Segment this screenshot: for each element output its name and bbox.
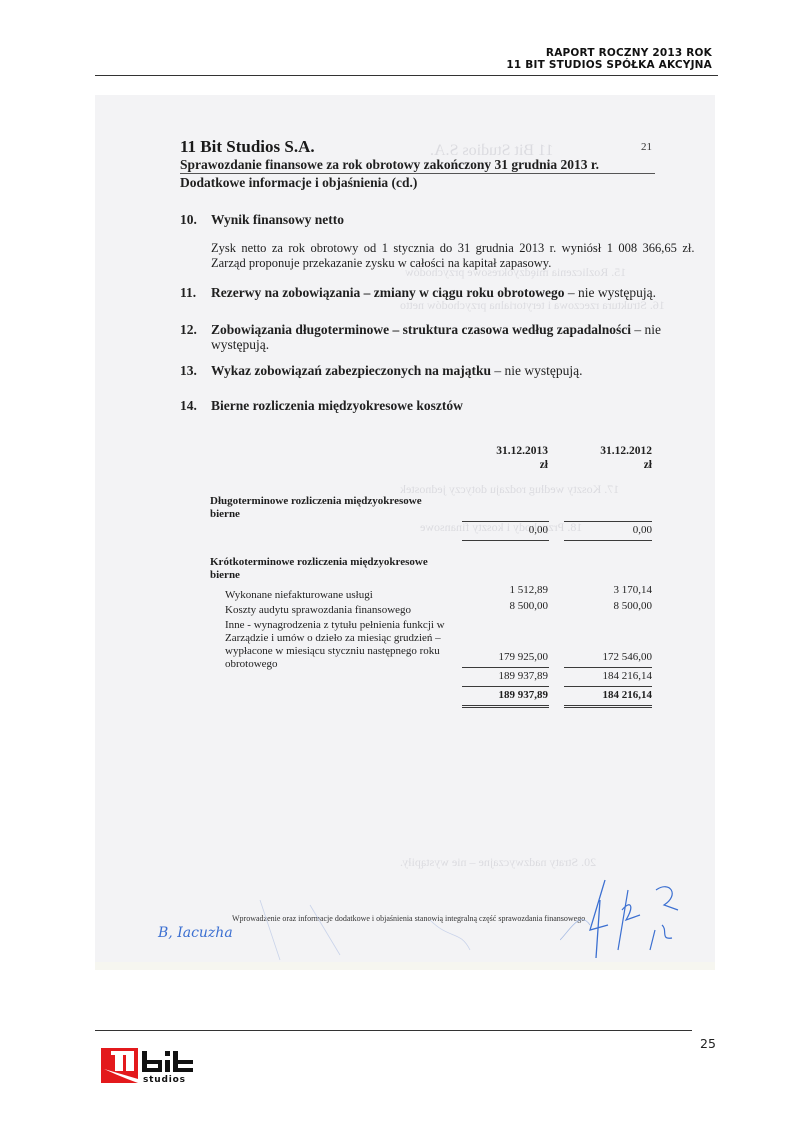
subtotal-2012: 184 216,14 [564,670,652,682]
company-heading: 11 Bit Studios S.A. [180,137,315,157]
signature-scribbles [560,870,710,960]
section-12-continuation: występują. [211,337,269,353]
company-name: 11 BIT STUDIOS SPÓŁKA AKCYJNA [506,59,712,71]
report-header: RAPORT ROCZNY 2013 ROK 11 BIT STUDIOS SP… [506,47,712,71]
table-rule [564,540,652,541]
table-rule [462,686,549,687]
table-double-rule [462,705,549,706]
header-divider [95,75,718,76]
table-rule [462,540,549,541]
bleed-through-text: 20. Straty nadzwyczajne – nie wystąpiły. [400,855,596,870]
table-double-rule [564,705,652,706]
table-rule [564,667,652,668]
page-number: 25 [700,1036,716,1051]
total-2012: 184 216,14 [564,689,652,701]
long-term-value-2012: 0,00 [564,524,652,536]
11bit-studios-logo: studios [101,1047,219,1085]
report-title: RAPORT ROCZNY 2013 ROK [506,47,712,59]
short-term-accruals-label: Krótkoterminowe rozliczenia międzyokreso… [210,556,428,582]
column-header-2012: 31.12.2012 zł [564,444,652,472]
bleed-through-text: 17. Koszty według rodzaju dotyczy jednos… [400,482,619,497]
title-divider [180,173,655,174]
total-2013: 189 937,89 [462,689,548,701]
signature-left: B, Iacuzha [158,925,233,941]
statement-subtitle: Dodatkowe informacje i objaśnienia (cd.) [180,175,417,191]
long-term-value-2013: 0,00 [462,524,548,536]
svg-text:studios: studios [143,1075,186,1085]
section-10-body-line2: Zarząd proponuje przekazanie zysku w cał… [211,256,551,271]
statement-title: Sprawozdanie finansowe za rok obrotowy z… [180,157,599,173]
faint-signatures [250,900,550,970]
section-10-body-line1: Zysk netto za rok obrotowy od 1 stycznia… [211,241,695,256]
table-rule [564,686,652,687]
table-rule [462,667,549,668]
subtotal-2013: 189 937,89 [462,670,548,682]
scan-page-number: 21 [641,141,652,153]
table-double-rule [462,707,549,708]
long-term-accruals-label: Długoterminowe rozliczenia międzyokresow… [210,495,422,521]
table-rule [564,521,652,522]
column-header-2013: 31.12.2013 zł [462,444,548,472]
footer-divider [95,1030,692,1031]
table-rule [462,521,549,522]
table-double-rule [564,707,652,708]
